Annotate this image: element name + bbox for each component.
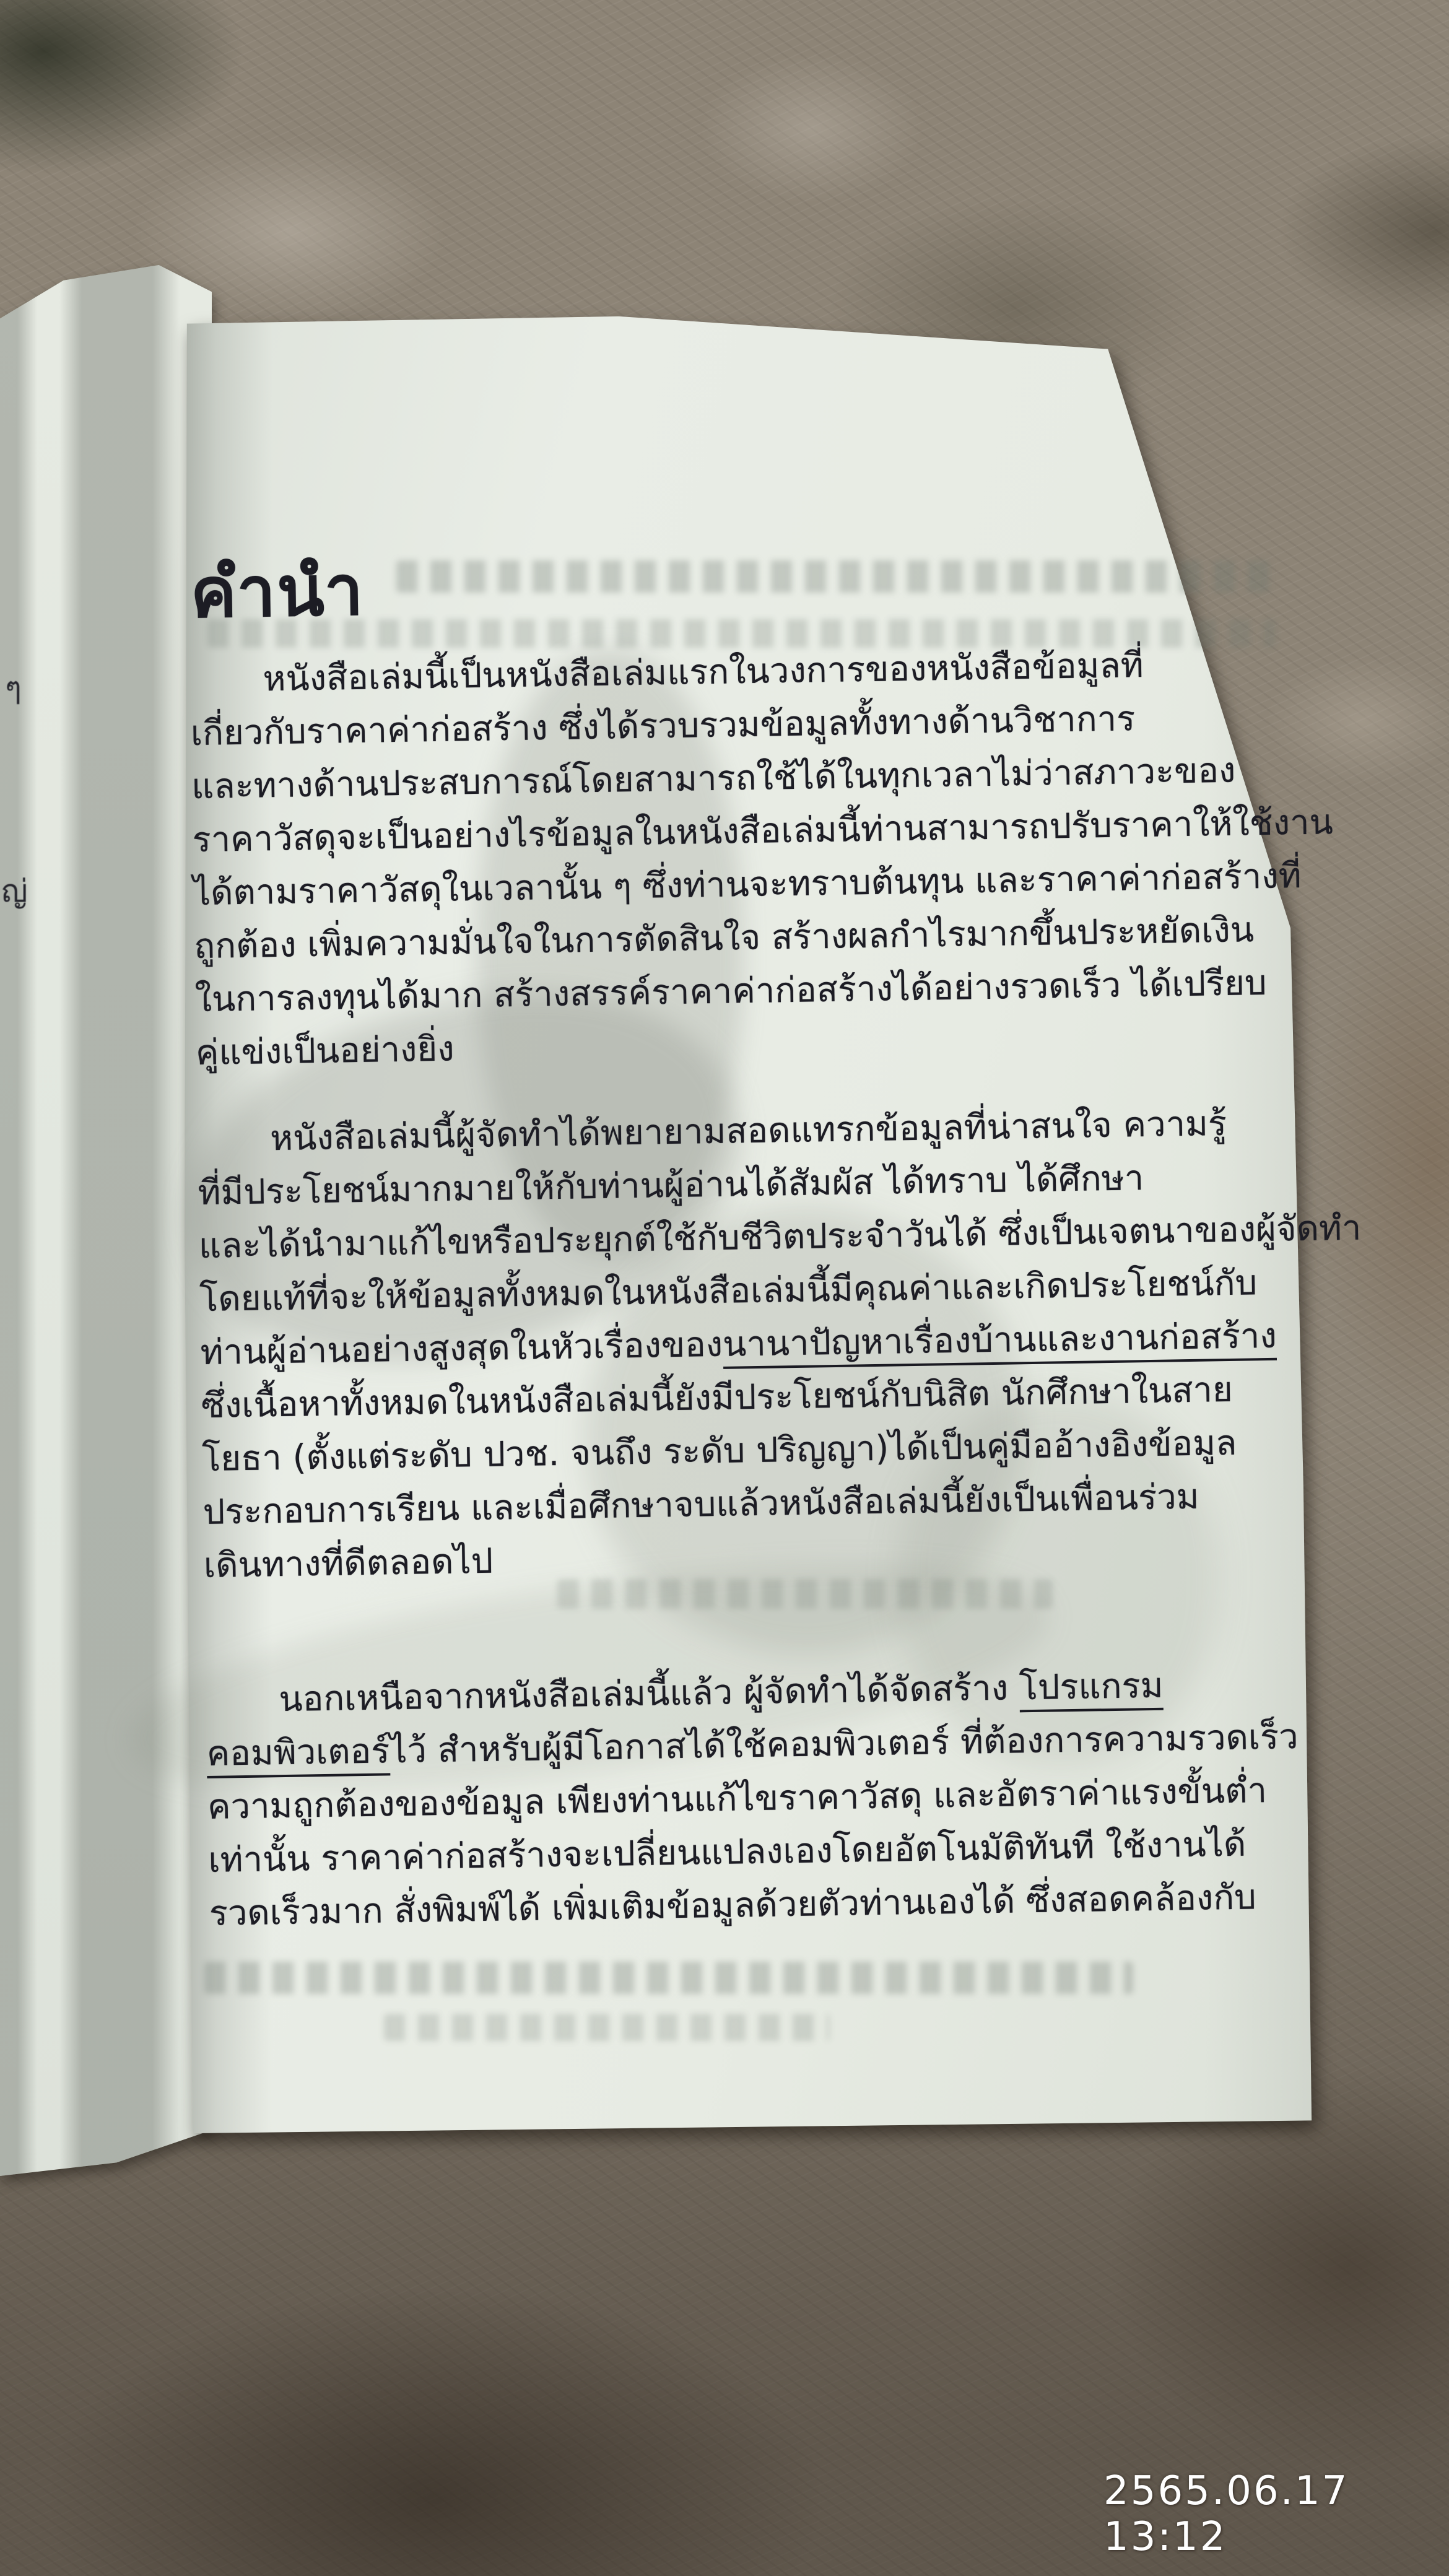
text-segment: ความถูกต้องของข้อมูล เพียงท่านแก้ไขราคาว… xyxy=(207,1770,1268,1827)
text-segment: เดินทางที่ดีตลอดไป xyxy=(204,1541,494,1586)
text-segment: ซึ่งเนื้อหาทั้งหมดในหนังสือเล่มนี้ยังมีป… xyxy=(201,1370,1233,1426)
text-segment: ไว้ สำหรับผู้มีโอกาสได้ใช้คอมพิวเตอร์ ที… xyxy=(389,1717,1299,1771)
text-segment: หนังสือเล่มนี้เป็นหนังสือเล่มแรกในวงการข… xyxy=(263,645,1144,699)
text-segment: ในการลงทุนได้มาก สร้างสรรค์ราคาค่าก่อสร้… xyxy=(194,963,1267,1020)
text-segment: ได้ตามราคาวัสดุในเวลานั้น ๆ ซึ่งท่านจะทร… xyxy=(193,856,1302,913)
underlined-text: นานาปัญหาเรื่องบ้านและงานก่อสร้าง xyxy=(723,1316,1277,1369)
text-segment: โยธา (ตั้งแต่ระดับ ปวช. จนถึง ระดับ ปริญ… xyxy=(202,1423,1237,1479)
underlined-text: โปรแกรม xyxy=(1019,1666,1164,1713)
page-title: คำนำ xyxy=(189,535,365,648)
underlined-text: คอมพิวเตอร์ xyxy=(206,1731,390,1778)
text-segment: ท่านผู้อ่านอย่างสูงสุดในหัวเรื่องของ xyxy=(200,1325,723,1373)
paragraph: หนังสือเล่มนี้ผู้จัดทำได้พยายามสอดแทรกข้… xyxy=(197,1096,1325,1593)
text-segment: เท่านั้น ราคาค่าก่อสร้างจะเปลี่ยนแปลงเอง… xyxy=(208,1824,1247,1881)
paragraph: หนังสือเล่มนี้เป็นหนังสือเล่มแรกในวงการข… xyxy=(189,637,1317,1080)
text-segment: เกี่ยวกับราคาค่าก่อสร้าง ซึ่งได้รวบรวมข้… xyxy=(190,698,1135,754)
text-segment: คู่แข่งเป็นอย่างยิ่ง xyxy=(195,1029,455,1074)
text-segment: หนังสือเล่มนี้ผู้จัดทำได้พยายามสอดแทรกข้… xyxy=(270,1103,1227,1159)
printed-text-layer: คำนำ หนังสือเล่มนี้เป็นหนังสือเล่มแรกในว… xyxy=(0,0,1449,2576)
photo-of-book-on-granite-counter: ๆญ่ คำนำ หนังสือเล่มนี้เป็นหนังสือเล่มแร… xyxy=(0,0,1449,2576)
text-segment: และทางด้านประสบการณ์โดยสามารถใช้ได้ในทุก… xyxy=(191,751,1236,807)
text-segment: นอกเหนือจากหนังสือเล่มนี้แล้ว ผู้จัดทำได… xyxy=(279,1668,1019,1720)
text-segment: โดยแท้ที่จะให้ข้อมูลทั้งหมดในหนังสือเล่ม… xyxy=(199,1263,1258,1320)
text-segment: ประกอบการเรียน และเมื่อศึกษาจบแล้วหนังสื… xyxy=(202,1477,1199,1533)
camera-timestamp: 2565.06.17 13:12 xyxy=(1103,2468,1449,2560)
text-segment: ที่มีประโยชน์มากมายให้กับท่านผู้อ่านได้ส… xyxy=(198,1158,1144,1213)
text-segment: ถูกต้อง เพิ่มความมั่นใจในการตัดสินใจ สร้… xyxy=(194,910,1255,967)
paragraph: นอกเหนือจากหนังสือเล่มนี้แล้ว ผู้จัดทำได… xyxy=(206,1657,1331,1941)
text-segment: รวดเร็วมาก สั่งพิมพ์ได้ เพิ่มเติมข้อมูลด… xyxy=(209,1877,1256,1934)
